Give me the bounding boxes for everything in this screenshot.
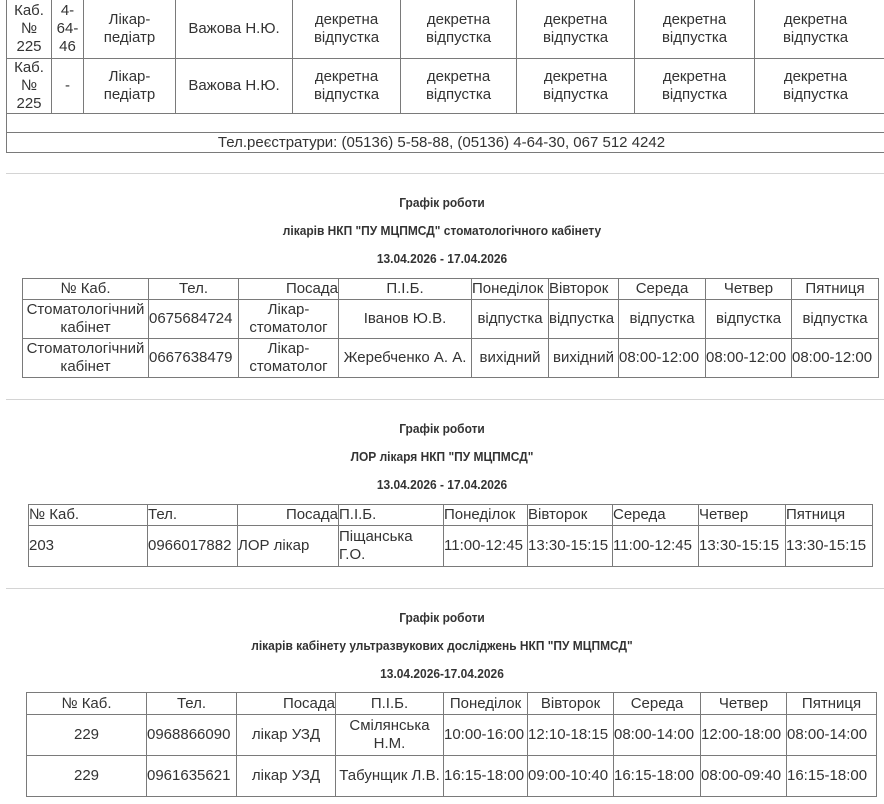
day-cell: 16:15-18:00 bbox=[787, 756, 877, 797]
position-cell: Лікар-педіатр bbox=[84, 0, 176, 59]
cabinet-cell: Каб. № 225 bbox=[7, 0, 52, 59]
lor-schedule-table: № Каб. Тел. Посада П.І.Б. Понеділок Вівт… bbox=[28, 504, 873, 567]
day-cell: 08:00-12:00 bbox=[706, 339, 792, 378]
day-cell: декретна відпустка bbox=[635, 0, 755, 59]
divider bbox=[6, 588, 884, 589]
header-wednesday: Середа bbox=[613, 505, 699, 526]
day-cell: декретна відпустка bbox=[635, 59, 755, 114]
header-name: П.І.Б. bbox=[339, 279, 472, 300]
table-header-row: № Каб. Тел. Посада П.І.Б. Понеділок Вівт… bbox=[27, 693, 877, 715]
header-position: Посада bbox=[239, 279, 339, 300]
day-cell: декретна відпустка bbox=[755, 59, 884, 114]
dental-title: Графік роботи bbox=[35, 195, 848, 210]
pediatric-schedule-table: Каб. № 225 4-64-46 Лікар-педіатр Важова … bbox=[6, 0, 884, 153]
day-cell: 13:30-15:15 bbox=[528, 526, 613, 567]
table-row: 229 0968866090 лікар УЗД Смілянська Н.М.… bbox=[27, 715, 877, 756]
header-thursday: Четвер bbox=[699, 505, 786, 526]
day-cell: вихідний bbox=[472, 339, 549, 378]
table-row: Каб. № 225 - Лікар-педіатр Важова Н.Ю. д… bbox=[7, 59, 884, 114]
position-cell: лікар УЗД bbox=[237, 715, 336, 756]
day-cell: декретна відпустка bbox=[293, 59, 401, 114]
cabinet-cell: 229 bbox=[27, 715, 147, 756]
header-phone: Тел. bbox=[149, 279, 239, 300]
day-cell: 16:15-18:00 bbox=[444, 756, 528, 797]
day-cell: вихідний bbox=[549, 339, 619, 378]
registry-phones: Тел.реєстратури: (05136) 5-58-88, (05136… bbox=[7, 133, 884, 153]
day-cell: декретна відпустка bbox=[293, 0, 401, 59]
uzd-title: Графік роботи bbox=[35, 610, 848, 625]
day-cell: 11:00-12:45 bbox=[444, 526, 528, 567]
day-cell: відпустка bbox=[706, 300, 792, 339]
uzd-subtitle: лікарів кабінету ультразвукових дослідже… bbox=[35, 638, 848, 653]
table-row: Стоматологічний кабінет 0675684724 Лікар… bbox=[23, 300, 879, 339]
day-cell: 12:00-18:00 bbox=[701, 715, 787, 756]
day-cell: декретна відпустка bbox=[517, 0, 635, 59]
day-cell: 16:15-18:00 bbox=[614, 756, 701, 797]
header-position: Посада bbox=[237, 693, 336, 715]
phone-cell: 0675684724 bbox=[149, 300, 239, 339]
header-name: П.І.Б. bbox=[336, 693, 444, 715]
table-header-row: № Каб. Тел. Посада П.І.Б. Понеділок Вівт… bbox=[29, 505, 873, 526]
cabinet-cell: Стоматологічний кабінет bbox=[23, 300, 149, 339]
day-cell: 08:00-12:00 bbox=[619, 339, 706, 378]
cabinet-cell: 203 bbox=[29, 526, 148, 567]
day-cell: 08:00-14:00 bbox=[614, 715, 701, 756]
phone-cell: 0961635621 bbox=[147, 756, 237, 797]
phone-cell: 0966017882 bbox=[148, 526, 238, 567]
day-cell: відпустка bbox=[472, 300, 549, 339]
day-cell: 09:00-10:40 bbox=[528, 756, 614, 797]
position-cell: Лікар-стоматолог bbox=[239, 339, 339, 378]
phone-cell: 0968866090 bbox=[147, 715, 237, 756]
header-monday: Понеділок bbox=[444, 693, 528, 715]
header-cabinet: № Каб. bbox=[27, 693, 147, 715]
dental-schedule-table: № Каб. Тел. Посада П.І.Б. Понеділок Вівт… bbox=[22, 278, 879, 378]
day-cell: 08:00-09:40 bbox=[701, 756, 787, 797]
position-cell: Лікар-педіатр bbox=[84, 59, 176, 114]
day-cell: декретна відпустка bbox=[517, 59, 635, 114]
day-cell: декретна відпустка bbox=[401, 0, 517, 59]
lor-title: Графік роботи bbox=[35, 421, 848, 436]
day-cell: декретна відпустка bbox=[401, 59, 517, 114]
header-wednesday: Середа bbox=[614, 693, 701, 715]
day-cell: 13:30-15:15 bbox=[786, 526, 873, 567]
day-cell: відпустка bbox=[619, 300, 706, 339]
header-thursday: Четвер bbox=[701, 693, 787, 715]
header-monday: Понеділок bbox=[444, 505, 528, 526]
table-row: Стоматологічний кабінет 0667638479 Лікар… bbox=[23, 339, 879, 378]
header-wednesday: Середа bbox=[619, 279, 706, 300]
name-cell: Іванов Ю.В. bbox=[339, 300, 472, 339]
header-thursday: Четвер bbox=[706, 279, 792, 300]
header-cabinet: № Каб. bbox=[29, 505, 148, 526]
registry-row: Тел.реєстратури: (05136) 5-58-88, (05136… bbox=[7, 133, 884, 153]
day-cell: 13:30-15:15 bbox=[699, 526, 786, 567]
divider bbox=[6, 399, 884, 400]
header-tuesday: Вівторок bbox=[528, 693, 614, 715]
table-row: Каб. № 225 4-64-46 Лікар-педіатр Важова … bbox=[7, 0, 884, 59]
day-cell: 08:00-12:00 bbox=[792, 339, 879, 378]
header-tuesday: Вівторок bbox=[528, 505, 613, 526]
cabinet-cell: 229 bbox=[27, 756, 147, 797]
phone-cell: 4-64-46 bbox=[52, 0, 84, 59]
uzd-date-range: 13.04.2026-17.04.2026 bbox=[35, 666, 848, 681]
lor-subtitle: ЛОР лікаря НКП "ПУ МЦПМСД" bbox=[35, 449, 848, 464]
empty-row bbox=[7, 114, 884, 133]
dental-subtitle: лікарів НКП "ПУ МЦПМСД" стоматологічного… bbox=[35, 223, 848, 238]
position-cell: Лікар-стоматолог bbox=[239, 300, 339, 339]
header-friday: Пятниця bbox=[792, 279, 879, 300]
day-cell: 10:00-16:00 bbox=[444, 715, 528, 756]
position-cell: лікар УЗД bbox=[237, 756, 336, 797]
day-cell: відпустка bbox=[792, 300, 879, 339]
uzd-schedule-table: № Каб. Тел. Посада П.І.Б. Понеділок Вівт… bbox=[26, 692, 877, 797]
name-cell: Піщанська Г.О. bbox=[339, 526, 444, 567]
header-tuesday: Вівторок bbox=[549, 279, 619, 300]
phone-cell: - bbox=[52, 59, 84, 114]
phone-cell: 0667638479 bbox=[149, 339, 239, 378]
day-cell: 08:00-14:00 bbox=[787, 715, 877, 756]
table-row: 203 0966017882 ЛОР лікар Піщанська Г.О. … bbox=[29, 526, 873, 567]
header-name: П.І.Б. bbox=[339, 505, 444, 526]
table-row: 229 0961635621 лікар УЗД Табунщик Л.В. 1… bbox=[27, 756, 877, 797]
position-cell: ЛОР лікар bbox=[238, 526, 339, 567]
header-friday: Пятниця bbox=[787, 693, 877, 715]
header-cabinet: № Каб. bbox=[23, 279, 149, 300]
day-cell: відпустка bbox=[549, 300, 619, 339]
day-cell: 12:10-18:15 bbox=[528, 715, 614, 756]
name-cell: Важова Н.Ю. bbox=[176, 0, 293, 59]
day-cell: декретна відпустка bbox=[755, 0, 884, 59]
header-position: Посада bbox=[238, 505, 339, 526]
name-cell: Важова Н.Ю. bbox=[176, 59, 293, 114]
header-phone: Тел. bbox=[148, 505, 238, 526]
header-phone: Тел. bbox=[147, 693, 237, 715]
name-cell: Табунщик Л.В. bbox=[336, 756, 444, 797]
cabinet-cell: Стоматологічний кабінет bbox=[23, 339, 149, 378]
dental-date-range: 13.04.2026 - 17.04.2026 bbox=[35, 251, 848, 266]
header-monday: Понеділок bbox=[472, 279, 549, 300]
name-cell: Жеребченко А. А. bbox=[339, 339, 472, 378]
header-friday: Пятниця bbox=[786, 505, 873, 526]
table-header-row: № Каб. Тел. Посада П.І.Б. Понеділок Вівт… bbox=[23, 279, 879, 300]
divider bbox=[6, 173, 884, 174]
day-cell: 11:00-12:45 bbox=[613, 526, 699, 567]
cabinet-cell: Каб. № 225 bbox=[7, 59, 52, 114]
lor-date-range: 13.04.2026 - 17.04.2026 bbox=[35, 477, 848, 492]
name-cell: Смілянська Н.М. bbox=[336, 715, 444, 756]
